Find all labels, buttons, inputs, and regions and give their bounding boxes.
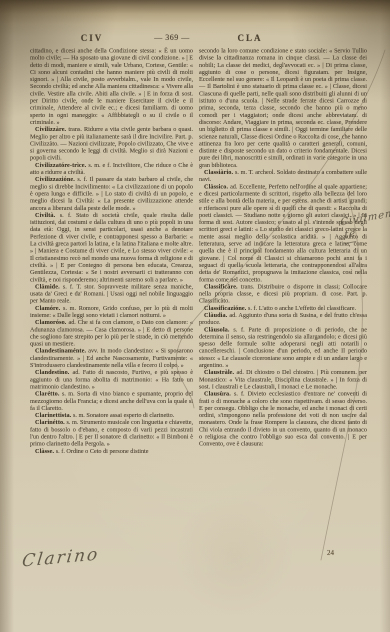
entry-headword: Clarétto. (35, 390, 62, 397)
book-page-photo: CIV — 369 — CLA cittadino, e dicesi anch… (0, 0, 390, 632)
entry-headword: Clàssico. (204, 183, 230, 190)
dictionary-entry: Civilizzatóre-trìce. s. m. e f. Incivili… (30, 161, 193, 175)
dictionary-entry: Civiltà. s. f. Stato di società civile, … (30, 211, 193, 282)
entry-headword: Civiltà. (35, 211, 60, 218)
entry-headword: Clarinettista. (35, 412, 73, 419)
entry-headword: Clamoróso. (35, 319, 68, 326)
entry-headword: Classificàre. (204, 283, 241, 290)
dictionary-entry: Clamóre. s. m. Romore, Grido confuso, pe… (30, 304, 193, 318)
left-column: cittadino, e dicesi anche della Condizio… (30, 47, 193, 548)
entry-headword: Clausùra. (204, 390, 234, 397)
entry-headword: Clandestino. (35, 369, 72, 376)
entry-headword: Classiàrio. (204, 169, 235, 176)
dictionary-entry: Clandestinaménte. avv. In modo clandesti… (30, 347, 193, 368)
entry-headword: Clàmide. (35, 283, 63, 290)
dictionary-entry: Clàmide. s. f. T. stor. Sopravveste mili… (30, 283, 193, 304)
dictionary-entry: Clamoróso. ad. Che si fa con clamore, o … (30, 319, 193, 348)
dictionary-entry: Classiàrio. s. m. T. archeol. Soldato de… (199, 169, 367, 183)
entry-headword: Civilizzazióne. (35, 176, 77, 183)
dictionary-entry: Clàsse. s. f. Ordine o Ceto di persone d… (30, 447, 193, 454)
entry-headword: Clarinétto. (35, 419, 67, 426)
entry-headword: Clàsse. (35, 447, 56, 454)
entry-headword: Clàudia. (204, 311, 229, 318)
dictionary-entry: Clandestino. ad. Fatto di nascosto, Furt… (30, 369, 193, 390)
dictionary-entry: Clausùra. s. f. Divieto ecclesiastico d'… (199, 390, 367, 447)
entry-headword: Civilizzatóre-trìce. (35, 161, 88, 168)
header-catchword-left: CIV (81, 33, 104, 43)
dictionary-entry: Classificàre. trans. Distribuire o dispo… (199, 283, 367, 304)
right-column-text: secondo la loro comune condizione e stat… (199, 47, 367, 447)
dictionary-entry: cittadino, e dicesi anche della Condizio… (30, 47, 193, 126)
entry-headword: Civilizzàre. (35, 126, 68, 133)
dictionary-entry: Civilizzàre. trans. Ridurre a vita civil… (30, 126, 193, 162)
entry-headword: Claustràle. (204, 369, 237, 376)
dictionary-entry: Civilizzazióne. s. f. Il passare da stat… (30, 176, 193, 212)
dictionary-entry: Clàusola. s. f. Parte di proposizione o … (199, 326, 367, 369)
handwritten-bottom-note: Clarino (21, 544, 101, 571)
entry-headword: Clamóre. (35, 304, 63, 311)
entry-headword: Clàusola. (204, 326, 233, 333)
dictionary-entry: Clarétto. s. m. Sorta di vino bianco e s… (30, 390, 193, 411)
dictionary-entry: Clarinettista. s. m. Sonatore assai espe… (30, 412, 193, 419)
entry-headword: Classificazióne. (204, 304, 248, 311)
right-column: secondo la loro comune condizione e stat… (199, 47, 367, 550)
left-column-text: cittadino, e dicesi anche della Condizio… (30, 47, 193, 454)
signature-mark: 24 (327, 549, 334, 557)
dictionary-entry: Claustràle. ad. Di chiostro o Del chiost… (199, 369, 367, 390)
dictionary-entry: Clarinétto. s. m. Strumento musicale con… (30, 419, 193, 448)
dictionary-entry: Clàudia. ad. Aggiunto d'una sorta di Sus… (199, 311, 367, 325)
entry-headword: Clandestinaménte. (35, 347, 88, 354)
dictionary-entry: Classificazióne. s. f. L'atto o anche L'… (199, 304, 367, 311)
dictionary-entry: secondo la loro comune condizione e stat… (199, 47, 367, 169)
dictionary-entry: Clàssico. ad. Eccellente, Perfetto nell'… (199, 183, 367, 283)
header-catchword-right: CLA (237, 33, 262, 43)
header-page-number: — 369 — (154, 33, 190, 42)
